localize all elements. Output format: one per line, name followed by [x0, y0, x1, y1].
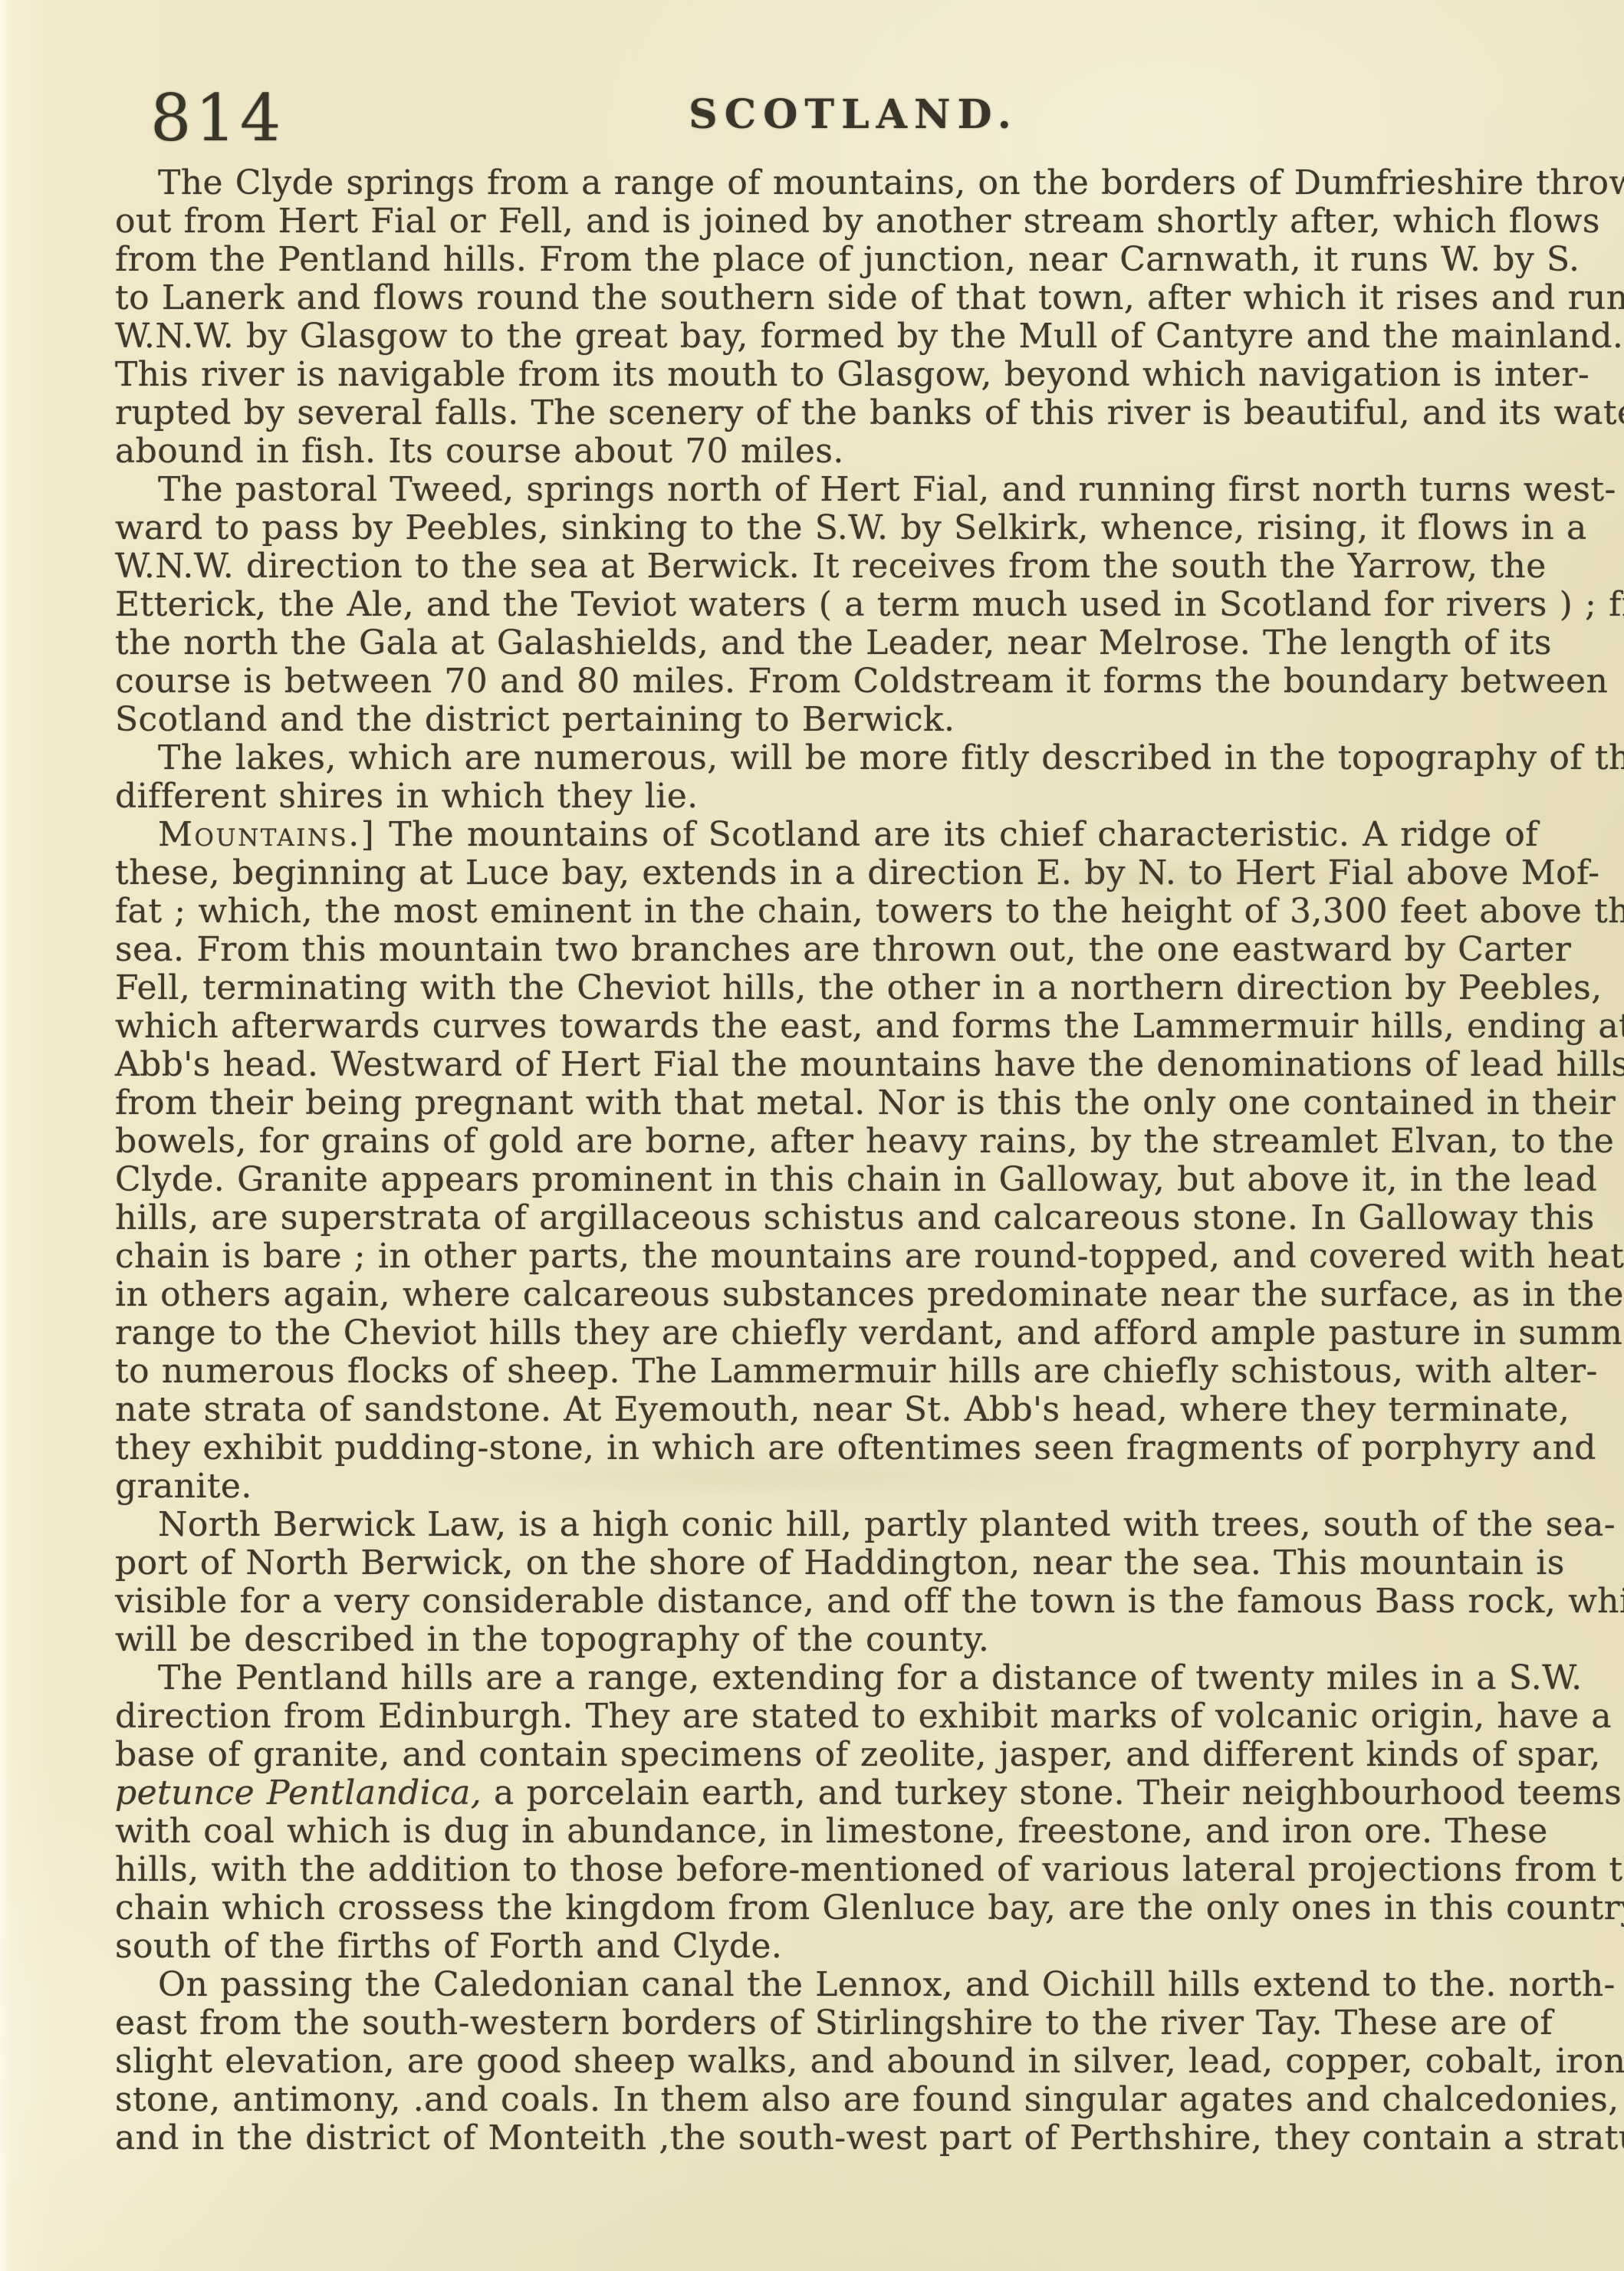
paragraph: On passing the Caledonian canal the Lenn…	[115, 1966, 1538, 2158]
text-line: The Clyde springs from a range of mounta…	[115, 164, 1538, 202]
text-line: W.N.W. direction to the sea at Berwick. …	[115, 547, 1538, 586]
paragraph: Mountains.] The mountains of Scotland ar…	[115, 816, 1538, 1506]
text-line: to numerous flocks of sheep. The Lammerm…	[115, 1352, 1538, 1391]
text-line: will be described in the topography of t…	[115, 1621, 1538, 1659]
text-line: abound in fish. Its course about 70 mile…	[115, 432, 1538, 471]
text-line: The pastoral Tweed, springs north of Her…	[115, 471, 1538, 509]
text-line: Scotland and the district pertaining to …	[115, 701, 1538, 739]
text-line: in others again, where calcareous substa…	[115, 1276, 1538, 1314]
text-line: and in the district of Monteith ,the sou…	[115, 2119, 1538, 2158]
text-line: which afterwards curves towards the east…	[115, 1007, 1538, 1046]
text-line: range to the Cheviot hills they are chie…	[115, 1314, 1538, 1352]
text-line: base of granite, and contain specimens o…	[115, 1736, 1538, 1774]
text-segment: a porcelain earth, and turkey stone. The…	[482, 1773, 1622, 1813]
text-line: to Lanerk and flows round the southern s…	[115, 279, 1538, 317]
text-line: bowels, for grains of gold are borne, af…	[115, 1122, 1538, 1161]
running-header: SCOTLAND.	[115, 95, 1538, 135]
text-line: On passing the Caledonian canal the Lenn…	[115, 1966, 1538, 2004]
text-line: hills, with the addition to those before…	[115, 1851, 1538, 1889]
text-line: slight elevation, are good sheep walks, …	[115, 2043, 1538, 2081]
scanned-book-page: { "page": { "number": "814", "header": "…	[0, 0, 1624, 2271]
paragraph: The Pentland hills are a range, extendin…	[115, 1659, 1538, 1966]
text-line: hills, are superstrata of argillaceous s…	[115, 1199, 1538, 1237]
text-line: from their being pregnant with that meta…	[115, 1084, 1538, 1122]
text-line: petunce Pentlandica, a porcelain earth, …	[115, 1774, 1538, 1813]
text-line: from the Pentland hills. From the place …	[115, 241, 1538, 279]
text-line: Abb's head. Westward of Hert Fial the mo…	[115, 1046, 1538, 1084]
text-line: stone, antimony, .and coals. In them als…	[115, 2081, 1538, 2119]
text-line: direction from Edinburgh. They are state…	[115, 1697, 1538, 1736]
text-line: course is between 70 and 80 miles. From …	[115, 662, 1538, 701]
text-line: The Pentland hills are a range, extendin…	[115, 1659, 1538, 1697]
text-line: This river is navigable from its mouth t…	[115, 356, 1538, 394]
paragraph: North Berwick Law, is a high conic hill,…	[115, 1506, 1538, 1659]
text-line: chain which crossess the kingdom from Gl…	[115, 1889, 1538, 1928]
text-line: these, beginning at Luce bay, extends in…	[115, 854, 1538, 892]
text-line: Etterick, the Ale, and the Teviot waters…	[115, 586, 1538, 624]
text-line: Clyde. Granite appears prominent in this…	[115, 1161, 1538, 1199]
text-line: The lakes, which are numerous, will be m…	[115, 739, 1538, 777]
text-line: rupted by several falls. The scenery of …	[115, 394, 1538, 432]
paragraph: The pastoral Tweed, springs north of Her…	[115, 471, 1538, 739]
text-line: the north the Gala at Galashields, and t…	[115, 624, 1538, 662]
paragraph: The lakes, which are numerous, will be m…	[115, 739, 1538, 816]
text-line: Fell, terminating with the Cheviot hills…	[115, 969, 1538, 1007]
text-line: Mountains.] The mountains of Scotland ar…	[115, 816, 1538, 854]
text-line: port of North Berwick, on the shore of H…	[115, 1544, 1538, 1582]
text-line: North Berwick Law, is a high conic hill,…	[115, 1506, 1538, 1544]
text-line: W.N.W. by Glasgow to the great bay, form…	[115, 317, 1538, 356]
text-line: out from Hert Fial or Fell, and is joine…	[115, 202, 1538, 241]
text-line: south of the firths of Forth and Clyde.	[115, 1928, 1538, 1966]
text-line: sea. From this mountain two branches are…	[115, 931, 1538, 969]
text-block: The Clyde springs from a range of mounta…	[115, 164, 1538, 2158]
text-line: they exhibit pudding-stone, in which are…	[115, 1429, 1538, 1467]
text-line: ward to pass by Peebles, sinking to the …	[115, 509, 1538, 547]
italic-term: petunce Pentlandica,	[115, 1773, 482, 1813]
text-line: nate strata of sandstone. At Eyemouth, n…	[115, 1391, 1538, 1429]
paragraph: The Clyde springs from a range of mounta…	[115, 164, 1538, 471]
text-segment: The mountains of Scotland are its chief …	[376, 815, 1538, 854]
text-line: east from the south-western borders of S…	[115, 2004, 1538, 2043]
text-line: fat ; which, the most eminent in the cha…	[115, 892, 1538, 931]
section-heading: Mountains.]	[158, 815, 376, 854]
text-line: different shires in which they lie.	[115, 777, 1538, 816]
text-line: chain is bare ; in other parts, the moun…	[115, 1237, 1538, 1276]
text-line: granite.	[115, 1467, 1538, 1506]
text-line: visible for a very considerable distance…	[115, 1582, 1538, 1621]
text-line: with coal which is dug in abundance, in …	[115, 1813, 1538, 1851]
